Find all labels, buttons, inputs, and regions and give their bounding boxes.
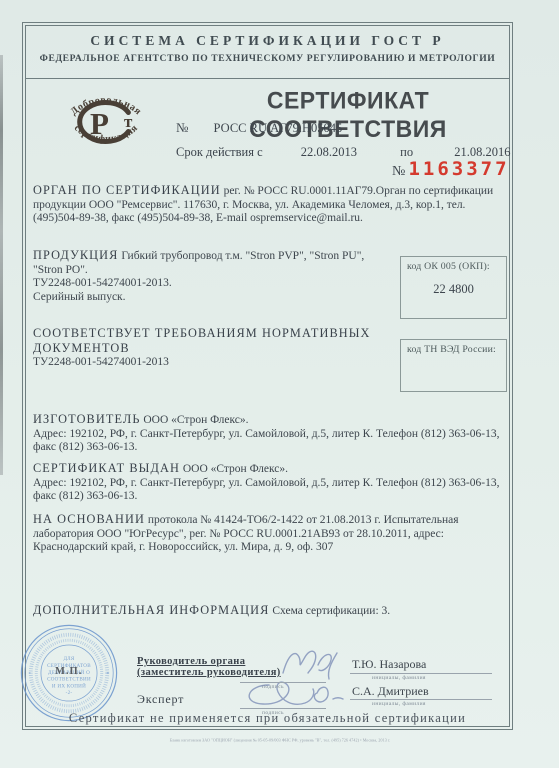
- federal-agency-title: ФЕДЕРАЛЬНОЕ АГЕНТСТВО ПО ТЕХНИЧЕСКОМУ РЕ…: [26, 53, 509, 64]
- signature-line-2: [240, 708, 326, 709]
- signature-strokes-icon: [225, 645, 370, 711]
- svg-text:*: *: [28, 672, 31, 678]
- production-section: ПРОДУКЦИЯ Гибкий трубопровод т.м. "Stron…: [33, 249, 391, 304]
- blank-number-line: № 1163377: [392, 158, 510, 180]
- registration-number: РОСС RU.АГ79.Н05045: [214, 121, 343, 135]
- scan-shadow-edge: [0, 55, 3, 475]
- certification-system-title: СИСТЕМА СЕРТИФИКАЦИИ ГОСТ Р: [26, 33, 509, 49]
- conformity-text: ТУ2248-001-54274001-2013: [33, 356, 169, 368]
- okp-code-value: 22 4800: [407, 282, 500, 297]
- mp-place-of-seal: М.П.: [55, 666, 82, 677]
- validity-label: Срок действия с: [176, 145, 263, 159]
- blank-number: 1163377: [408, 158, 509, 180]
- basis-label: НА ОСНОВАНИИ: [33, 512, 145, 526]
- mandatory-certification-notice: Сертификат не применяется при обязательн…: [40, 711, 495, 726]
- certification-body-section: ОРГАН ПО СЕРТИФИКАЦИИ рег. № РОСС RU.000…: [33, 184, 505, 226]
- stamp-line-6: -2-: [66, 690, 73, 696]
- conformity-label: СООТВЕТСТВУЕТ ТРЕБОВАНИЯМ НОРМАТИВНЫХ ДО…: [33, 326, 371, 355]
- tnved-code-label: код ТН ВЭД России:: [407, 344, 500, 355]
- no-sign: №: [176, 120, 188, 135]
- rst-logo: Добровольная сертификация Р т: [56, 84, 156, 165]
- certification-body-label: ОРГАН ПО СЕРТИФИКАЦИИ: [33, 183, 221, 197]
- stamp-line-5: И ИХ КОПИЙ: [52, 681, 86, 689]
- okp-code-box: код ОК 005 (ОКП): 22 4800: [400, 256, 507, 319]
- name-caption-1: инициалы, фамилия: [372, 675, 426, 681]
- header-box: СИСТЕМА СЕРТИФИКАЦИИ ГОСТ Р ФЕДЕРАЛЬНОЕ …: [26, 26, 509, 79]
- certificate-page: СИСТЕМА СЕРТИФИКАЦИИ ГОСТ Р ФЕДЕРАЛЬНОЕ …: [0, 0, 559, 768]
- manufacturer-address: Адрес: 192102, РФ, г. Санкт-Петербург, у…: [33, 428, 499, 454]
- conformity-section: СООТВЕТСТВУЕТ ТРЕБОВАНИЯМ НОРМАТИВНЫХ ДО…: [33, 327, 391, 370]
- tnved-code-box: код ТН ВЭД России:: [400, 339, 507, 392]
- valid-to-label: по: [400, 145, 413, 159]
- issued-to-address: Адрес: 192102, РФ, г. Санкт-Петербург, у…: [33, 477, 499, 503]
- issued-to-section: СЕРТИФИКАТ ВЫДАН ООО «Строн Флекс». Адре…: [33, 462, 505, 504]
- expert-name: С.А. Дмитриев: [352, 684, 429, 699]
- issued-to-name: ООО «Строн Флекс».: [183, 463, 288, 475]
- stamp-line-1: ДЛЯ: [63, 656, 74, 662]
- production-label: ПРОДУКЦИЯ: [33, 248, 118, 262]
- issued-to-label: СЕРТИФИКАТ ВЫДАН: [33, 461, 180, 475]
- rst-logo-icon: Добровольная сертификация Р т: [56, 84, 156, 160]
- manufacturer-section: ИЗГОТОВИТЕЛЬ ООО «Строн Флекс». Адрес: 1…: [33, 413, 505, 455]
- name-caption-2: инициалы, фамилия: [372, 701, 426, 707]
- registration-number-line: № РОСС RU.АГ79.Н05045: [176, 120, 342, 136]
- signature-line-1: [240, 682, 326, 683]
- additional-info-text: Схема сертификации: 3.: [272, 605, 390, 617]
- production-tu: ТУ2248-001-54274001-2013.: [33, 277, 172, 289]
- blank-no-sign: №: [392, 164, 405, 179]
- name-line-1: [350, 673, 492, 674]
- logo-p-letter: Р: [90, 106, 109, 141]
- logo-t-letter: т: [124, 112, 133, 131]
- additional-info-label: ДОПОЛНИТЕЛЬНАЯ ИНФОРМАЦИЯ: [33, 603, 269, 617]
- manufacturer-name: ООО «Строн Флекс».: [143, 414, 248, 426]
- additional-info-section: ДОПОЛНИТЕЛЬНАЯ ИНФОРМАЦИЯ Схема сертифик…: [33, 604, 505, 619]
- manufacturer-label: ИЗГОТОВИТЕЛЬ: [33, 412, 141, 426]
- production-serial: Серийный выпуск.: [33, 291, 126, 303]
- expert-label: Эксперт: [137, 692, 184, 707]
- basis-section: НА ОСНОВАНИИ протокола № 41424-ТО6/2-142…: [33, 513, 505, 555]
- handwritten-signatures: [225, 645, 370, 716]
- okp-code-label: код ОК 005 (ОКП):: [407, 261, 500, 272]
- name-line-2: [350, 699, 492, 700]
- svg-text:*: *: [107, 672, 110, 678]
- blank-printer-microprint: Бланк изготовлен ЗАО "ОПЦИОН" (лицензия …: [169, 738, 390, 743]
- head-of-body-name: Т.Ю. Назарова: [352, 657, 426, 672]
- valid-from-date: 22.08.2013: [301, 145, 357, 159]
- stamp-line-4: СООТВЕТСТВИИ: [47, 677, 91, 683]
- valid-to-date: 21.08.2016: [454, 145, 510, 159]
- signature-caption-1: подпись: [262, 684, 284, 690]
